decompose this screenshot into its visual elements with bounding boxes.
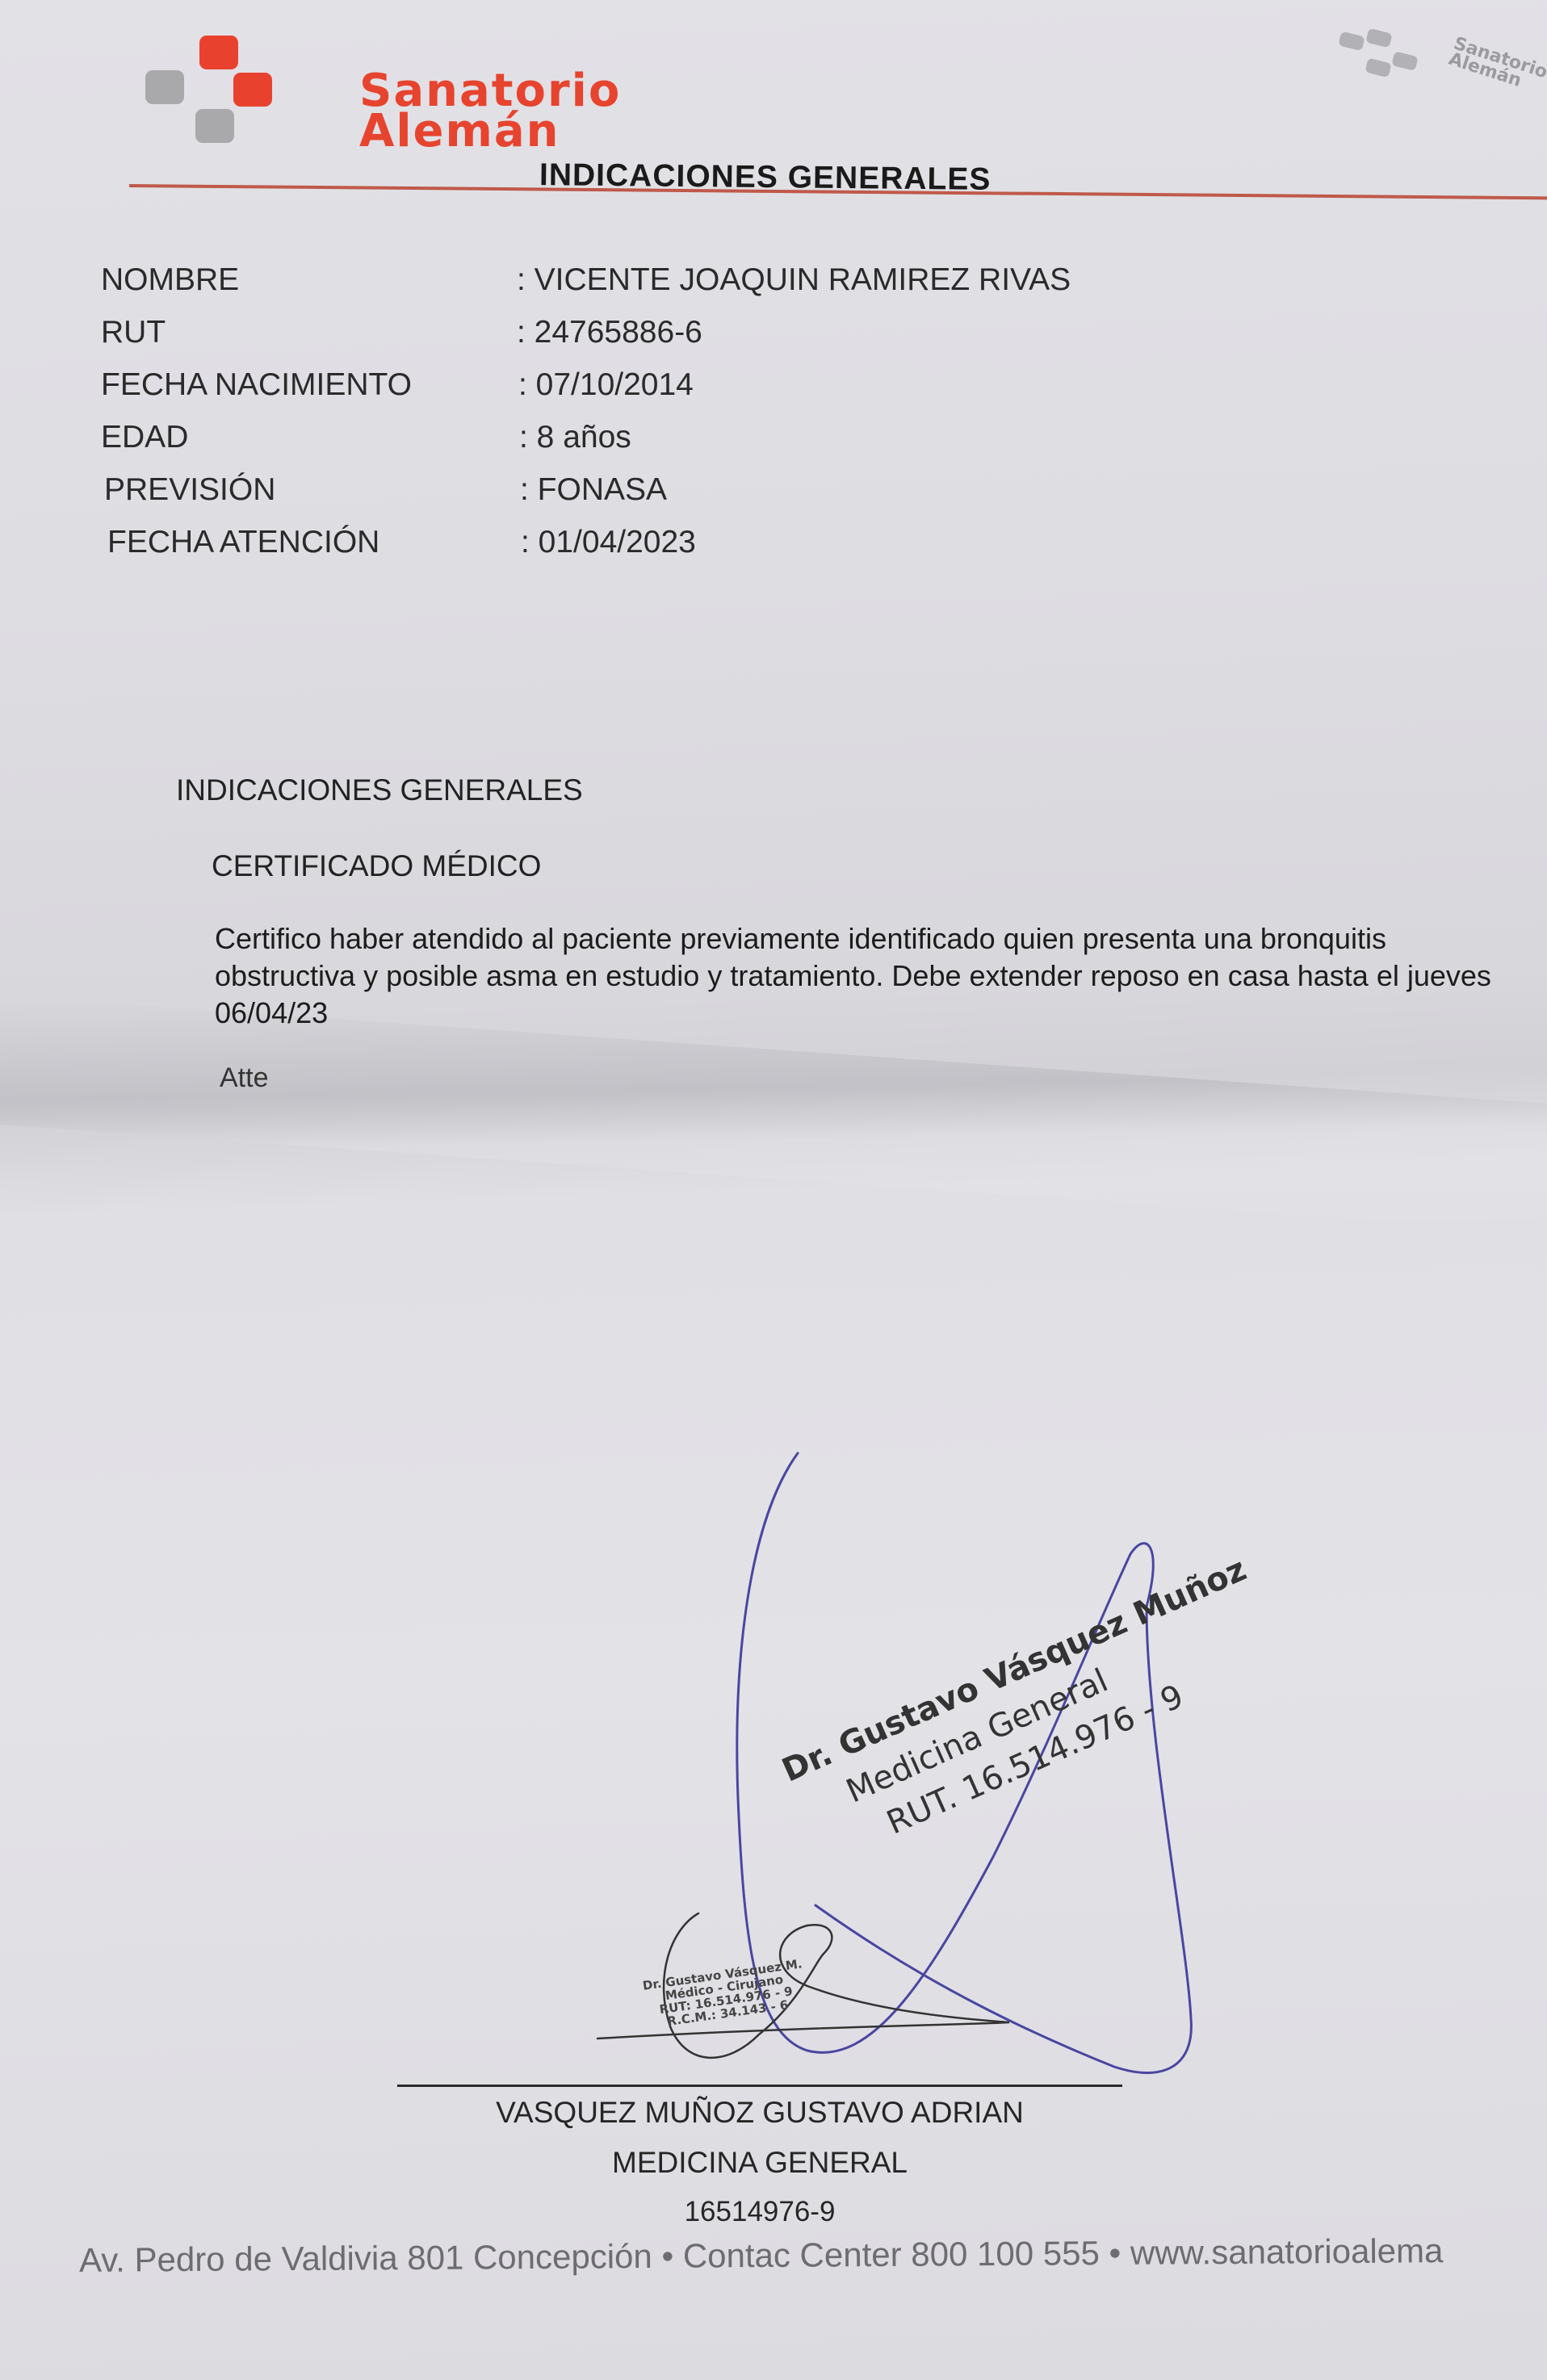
section-title: INDICACIONES GENERALES: [176, 773, 583, 807]
field-label: NOMBRE: [101, 262, 239, 298]
certificate-title: CERTIFICADO MÉDICO: [212, 849, 541, 883]
field-label: FECHA ATENCIÓN: [107, 525, 379, 560]
field-value: : VICENTE JOAQUIN RAMIREZ RIVAS: [517, 262, 1071, 298]
field-label: RUT: [101, 315, 166, 350]
field-label: PREVISIÓN: [104, 472, 275, 508]
signatory-name: VASQUEZ MUÑOZ GUSTAVO ADRIAN: [397, 2096, 1122, 2130]
field-label: FECHA NACIMIENTO: [101, 367, 412, 403]
closing: Atte: [220, 1062, 268, 1094]
sanatorio-logo-icon: [141, 32, 335, 153]
signatory-specialty: MEDICINA GENERAL: [397, 2146, 1122, 2180]
ghost-brand-name: Sanatorio Alemán: [1447, 36, 1547, 96]
doctor-stamp-small: Dr. Gustavo Vásquez M. Médico - Cirujano…: [642, 1957, 808, 2030]
signature-line: [397, 2085, 1122, 2087]
signatory-rut: 16514976-9: [397, 2196, 1122, 2228]
field-value: : FONASA: [520, 472, 667, 508]
field-value: : 07/10/2014: [518, 367, 694, 403]
logo-square-red: [199, 36, 238, 69]
ghost-square: [1365, 28, 1392, 48]
brand-name: Sanatorio Alemán: [359, 71, 621, 152]
field-value: : 01/04/2023: [521, 525, 696, 560]
ghost-square: [1338, 31, 1365, 52]
field-value: : 24765886-6: [517, 315, 702, 350]
field-value: : 8 años: [519, 420, 631, 455]
certificate-body: Certifico haber atendido al paciente pre…: [215, 920, 1523, 1032]
handwritten-signature-icon: [0, 0, 1547, 2380]
doctor-stamp-large: Dr. Gustavo Vásquez Muñoz Medicina Gener…: [775, 1547, 1290, 1875]
ghost-square: [1391, 51, 1418, 71]
field-label: EDAD: [101, 420, 188, 455]
logo-square-red: [233, 73, 272, 107]
ghost-square: [1365, 58, 1391, 78]
logo-square-gray: [145, 70, 184, 104]
footer-contact: Av. Pedro de Valdivia 801 Concepción • C…: [79, 2231, 1444, 2280]
logo-square-gray: [195, 109, 234, 143]
brand-line-2: Alemán: [359, 111, 621, 152]
document-title: INDICACIONES GENERALES: [539, 157, 992, 198]
